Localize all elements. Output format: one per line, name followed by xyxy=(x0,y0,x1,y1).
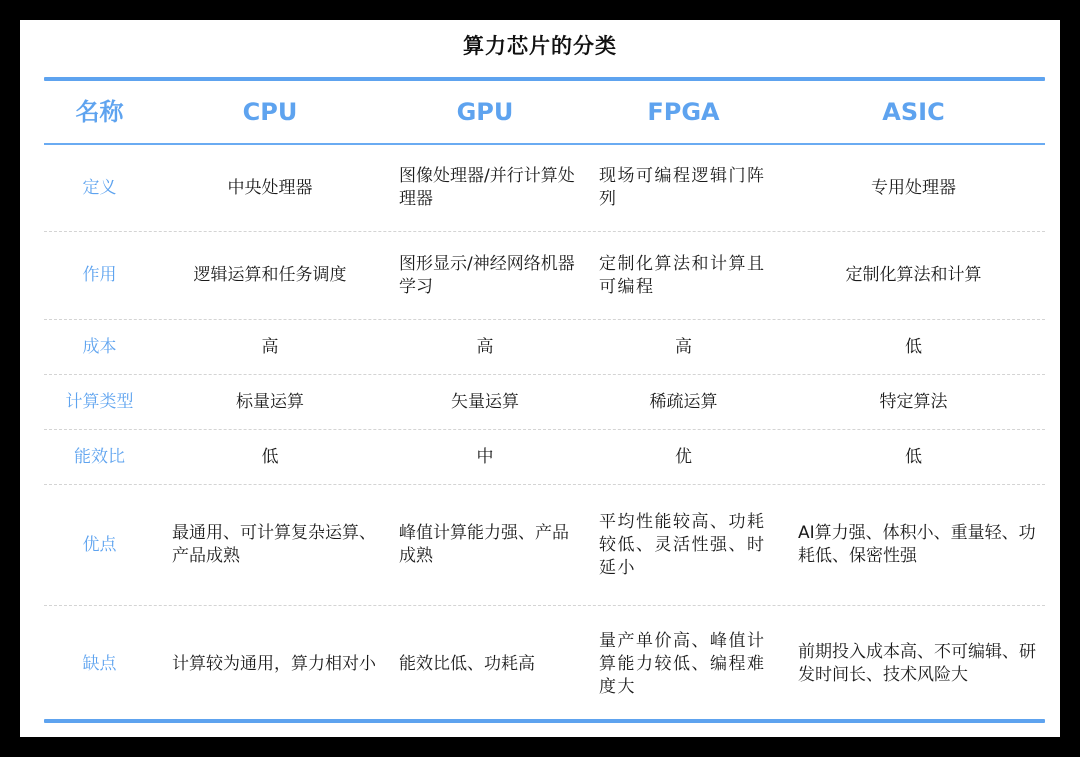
table-bottom-border xyxy=(44,719,1045,723)
cell-asic: AI算力强、体积小、重量轻、功耗低、保密性强 xyxy=(782,522,1045,568)
cell-gpu: 能效比低、功耗高 xyxy=(385,653,585,676)
content-panel: 算力芯片的分类 名称 CPU GPU FPGA ASIC 定义 中央处理器 图像… xyxy=(20,20,1060,737)
header-gpu: GPU xyxy=(385,101,585,124)
header-fpga: FPGA xyxy=(585,101,782,124)
cell-asic: 低 xyxy=(782,446,1045,469)
cell-cpu: 计算较为通用，算力相对小 xyxy=(155,653,385,676)
cell-gpu: 峰值计算能力强、产品成熟 xyxy=(385,522,585,568)
table-row-disadvantages: 缺点 计算较为通用，算力相对小 能效比低、功耗高 量产单价高、峰值计算能力较低、… xyxy=(44,606,1045,722)
cell-fpga: 量产单价高、峰值计算能力较低、编程难度大 xyxy=(585,630,782,699)
cell-fpga: 定制化算法和计算且可编程 xyxy=(585,253,782,299)
cell-cpu: 低 xyxy=(155,446,385,469)
cell-gpu: 高 xyxy=(385,336,585,359)
cell-fpga: 现场可编程逻辑门阵列 xyxy=(585,165,782,211)
table-row-efficiency: 能效比 低 中 优 低 xyxy=(44,430,1045,485)
table-row-compute-type: 计算类型 标量运算 矢量运算 稀疏运算 特定算法 xyxy=(44,375,1045,430)
cell-asic: 特定算法 xyxy=(782,391,1045,414)
row-label: 定义 xyxy=(44,177,155,200)
cell-cpu: 高 xyxy=(155,336,385,359)
cell-fpga: 高 xyxy=(585,336,782,359)
comparison-table: 名称 CPU GPU FPGA ASIC 定义 中央处理器 图像处理器/并行计算… xyxy=(44,77,1045,722)
header-label: 名称 xyxy=(44,101,155,124)
cell-cpu: 逻辑运算和任务调度 xyxy=(155,264,385,287)
cell-cpu: 中央处理器 xyxy=(155,177,385,200)
cell-cpu: 标量运算 xyxy=(155,391,385,414)
cell-asic: 前期投入成本高、不可编辑、研发时间长、技术风险大 xyxy=(782,641,1045,687)
cell-asic: 专用处理器 xyxy=(782,177,1045,200)
row-label: 成本 xyxy=(44,336,155,359)
header-cpu: CPU xyxy=(155,101,385,124)
row-label: 能效比 xyxy=(44,446,155,469)
row-label: 作用 xyxy=(44,264,155,287)
cell-asic: 定制化算法和计算 xyxy=(782,264,1045,287)
row-label: 缺点 xyxy=(44,653,155,676)
cell-asic: 低 xyxy=(782,336,1045,359)
cell-fpga: 平均性能较高、功耗较低、灵活性强、时延小 xyxy=(585,511,782,580)
table-header-row: 名称 CPU GPU FPGA ASIC xyxy=(44,81,1045,145)
table-row-function: 作用 逻辑运算和任务调度 图形显示/神经网络机器学习 定制化算法和计算且可编程 … xyxy=(44,232,1045,320)
header-asic: ASIC xyxy=(782,101,1045,124)
cell-fpga: 稀疏运算 xyxy=(585,391,782,414)
row-label: 优点 xyxy=(44,534,155,557)
cell-gpu: 图形显示/神经网络机器学习 xyxy=(385,253,585,299)
page-title: 算力芯片的分类 xyxy=(20,30,1060,60)
cell-cpu: 最通用、可计算复杂运算、产品成熟 xyxy=(155,522,385,568)
row-label: 计算类型 xyxy=(44,391,155,414)
table-row-definition: 定义 中央处理器 图像处理器/并行计算处理器 现场可编程逻辑门阵列 专用处理器 xyxy=(44,145,1045,232)
table-row-advantages: 优点 最通用、可计算复杂运算、产品成熟 峰值计算能力强、产品成熟 平均性能较高、… xyxy=(44,485,1045,606)
table-row-cost: 成本 高 高 高 低 xyxy=(44,320,1045,375)
cell-gpu: 中 xyxy=(385,446,585,469)
cell-gpu: 矢量运算 xyxy=(385,391,585,414)
cell-gpu: 图像处理器/并行计算处理器 xyxy=(385,165,585,211)
cell-fpga: 优 xyxy=(585,446,782,469)
